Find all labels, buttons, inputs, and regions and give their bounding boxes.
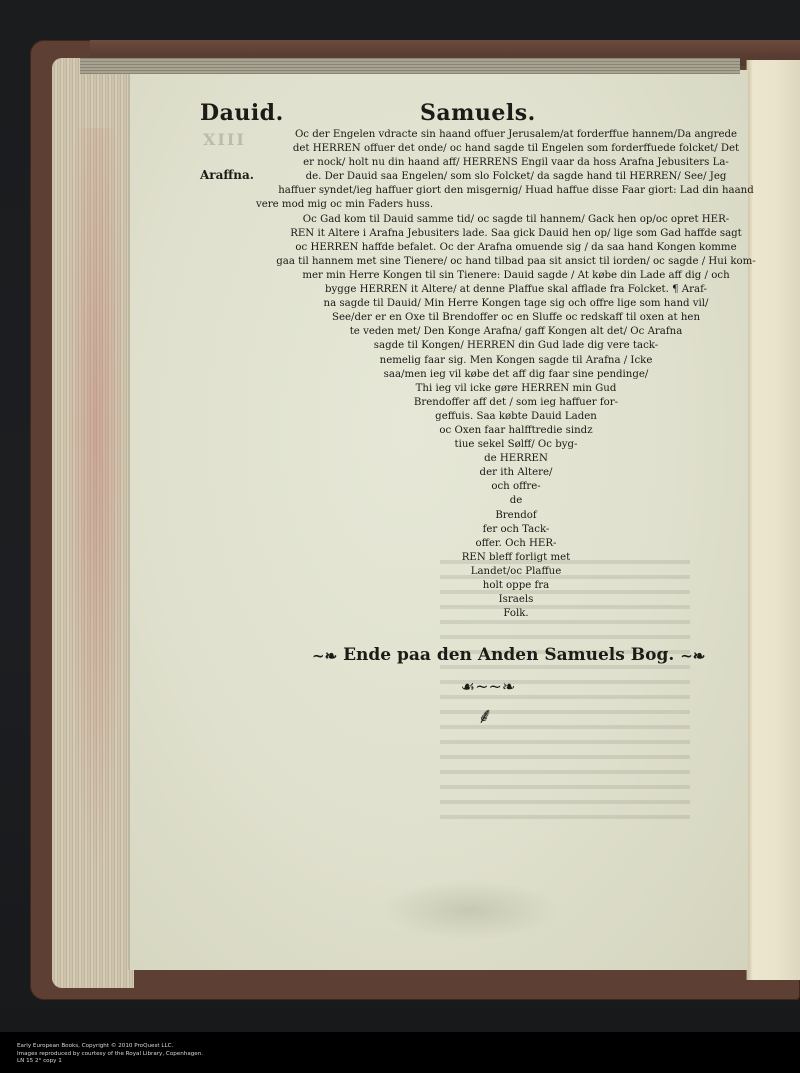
text-line: Folk. xyxy=(256,607,776,621)
text-line: der ith Altere/ xyxy=(256,466,776,480)
text-line: holt oppe fra xyxy=(256,579,776,593)
text-line: sagde til Kongen/ HERREN din Gud lade di… xyxy=(256,339,776,353)
text-line: fer och Tack- xyxy=(256,523,776,537)
text-line: Oc Gad kom til Dauid samme tid/ oc sagde… xyxy=(256,213,776,227)
fleuron-right-icon: ~❧ xyxy=(680,647,705,665)
running-head-title: Samuels. xyxy=(420,100,536,126)
text-line: gaa til hannem met sine Tienere/ oc hand… xyxy=(256,255,776,269)
text-line: er nock/ holt nu din haand aff/ HERRENS … xyxy=(256,156,776,170)
text-line: REN it Altere i Arafna Jebusiters lade. … xyxy=(256,227,776,241)
copyright-line: Early European Books, Copyright © 2010 P… xyxy=(17,1043,203,1051)
text-line: oc HERREN haffde befalet. Oc der Arafna … xyxy=(256,241,776,255)
text-line: det HERREN offuer det onde/ oc hand sagd… xyxy=(256,142,776,156)
page-block-fore-edge xyxy=(52,58,134,988)
text-line: de xyxy=(256,494,776,508)
text-line: mer min Herre Kongen til sin Tienere: Da… xyxy=(256,269,776,283)
text-line: Landet/oc Plaffue xyxy=(256,565,776,579)
text-line: Brendoffer aff det / som ieg haffuer for… xyxy=(256,396,776,410)
text-line: te veden met/ Den Konge Arafna/ gaff Kon… xyxy=(256,325,776,339)
colophon: ~❧ Ende paa den Anden Samuels Bog. ~❧ xyxy=(312,645,668,665)
text-line: nemelig faar sig. Men Kongen sagde til A… xyxy=(256,354,776,368)
tailpiece-fleuron-icon: ☙~~❧ xyxy=(448,677,528,696)
courtesy-line: Images reproduced by courtesy of the Roy… xyxy=(17,1051,203,1059)
text-line: tiue sekel Sølff/ Oc byg- xyxy=(256,438,776,452)
copyright-notice: Early European Books, Copyright © 2010 P… xyxy=(17,1043,203,1066)
text-line: Brendof xyxy=(256,509,776,523)
text-line: de. Der Dauid saa Engelen/ som slo Folck… xyxy=(256,170,776,184)
text-line: See/der er en Oxe til Brendoffer oc en S… xyxy=(256,311,776,325)
text-line: geffuis. Saa købte Dauid Laden xyxy=(256,410,776,424)
body-text: Oc der Engelen vdracte sin haand offuer … xyxy=(256,128,776,621)
text-line: Thi ieg vil icke gøre HERREN min Gud xyxy=(256,382,776,396)
text-line: de HERREN xyxy=(256,452,776,466)
text-line: REN bleff forligt met xyxy=(256,551,776,565)
tailpiece-drop-icon: ⸙ xyxy=(470,700,500,730)
margin-note: Araffna. xyxy=(200,168,254,182)
page-stain xyxy=(380,880,560,940)
text-line: haffuer syndet/ieg haffuer giort den mis… xyxy=(256,184,776,198)
faded-chapter-mark: XIII xyxy=(203,130,246,149)
fleuron-left-icon: ~❧ xyxy=(312,647,337,665)
text-line: Oc der Engelen vdracte sin haand offuer … xyxy=(256,128,776,142)
text-line: bygge HERREN it Altere/ at denne Plaffue… xyxy=(256,283,776,297)
text-line: offer. Och HER- xyxy=(256,537,776,551)
text-line: oc Oxen faar halfftredie sindz xyxy=(256,424,776,438)
text-line: Israels xyxy=(256,593,776,607)
text-line: vere mod mig oc min Faders huss. xyxy=(256,198,776,212)
page-block-top-edge xyxy=(80,58,740,74)
colophon-text: Ende paa den Anden Samuels Bog. xyxy=(343,645,674,665)
text-line: saa/men ieg vil købe det aff dig faar si… xyxy=(256,368,776,382)
text-line: och offre- xyxy=(256,480,776,494)
shelfmark-line: LN 15 2° copy 1 xyxy=(17,1058,203,1066)
running-head-left: Dauid. xyxy=(200,100,284,126)
text-line: na sagde til Dauid/ Min Herre Kongen tag… xyxy=(256,297,776,311)
